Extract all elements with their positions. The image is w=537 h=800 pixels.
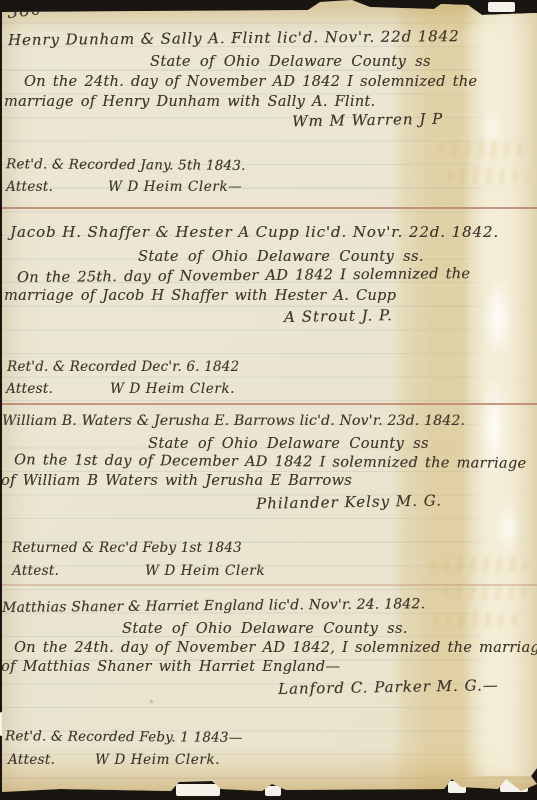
page-edge-glare [468,8,537,776]
foxing-speck [150,700,153,703]
ink-bleedthrough [428,556,528,574]
entry-body-line: marriage of Henry Dunham with Sally A. F… [4,92,375,112]
attest-label: Attest. [6,379,53,399]
attest-label: Attest. [6,177,53,197]
section-divider-rule [0,207,537,209]
ledger-page: 360 Henry Dunham & Sally A. Flint lic'd.… [0,0,537,800]
entry-header: Jacob H. Shaffer & Hester A Cupp lic'd. … [10,222,499,242]
return-note: Ret'd. & Recorded Dec'r. 6. 1842 [7,357,239,377]
entry-body-line: of William B Waters with Jerusha E Barro… [1,471,352,491]
officiant-signature: Lanford C. Parker M. G.— [278,675,499,699]
ledger-scan: 360 Henry Dunham & Sally A. Flint lic'd.… [0,0,537,800]
return-note: Returned & Rec'd Feby 1st 1843 [12,538,242,558]
officiant-signature: Wm M Warren J P [292,109,443,132]
page-number: 360 [6,0,44,23]
entry-header: William B. Waters & Jerusha E. Barrows l… [2,411,465,431]
entry-body-line: of Matthias Shaner with Harriet England— [1,657,340,677]
entry-state-line: State of Ohio Delaware County ss. [122,619,408,639]
entry-body-line: On the 24th. day of November AD 1842 I s… [24,72,477,92]
torn-edge-chip [265,786,281,796]
clerk-signature: W D Heim Clerk [145,561,265,581]
entry-state-line: State of Ohio Delaware County ss [150,52,431,72]
clerk-signature: W D Heim Clerk— [108,177,242,197]
clerk-signature: W D Heim Clerk. [95,750,220,770]
return-note: Ret'd. & Recorded Feby. 1 1843— [5,726,242,748]
section-divider-rule [0,403,537,405]
ink-bleedthrough [430,612,524,628]
entry-header: Henry Dunham & Sally A. Flint lic'd. Nov… [8,26,460,50]
entry-body-line: On the 25th. day of November AD 1842 I s… [17,264,470,288]
ink-bleedthrough [436,140,532,158]
section-divider-rule [0,584,537,586]
torn-edge-chip [488,2,515,12]
torn-edge-chip [176,784,220,796]
entry-header: Matthias Shaner & Harriet England lic'd.… [2,594,425,618]
attest-label: Attest. [8,750,55,770]
attest-label: Attest. [12,561,59,581]
entry-body-line: marriage of Jacob H Shaffer with Hester … [4,286,396,306]
officiant-signature: A Strout J. P. [284,305,393,327]
clerk-signature: W D Heim Clerk. [110,379,235,399]
return-note: Ret'd. & Recorded Jany. 5th 1843. [6,154,246,176]
entry-body-line: On the 24th. day of November AD 1842, I … [14,638,537,658]
ink-bleedthrough [444,168,528,184]
officiant-signature: Philander Kelsy M. G. [256,490,442,513]
ink-bleedthrough [440,584,528,600]
